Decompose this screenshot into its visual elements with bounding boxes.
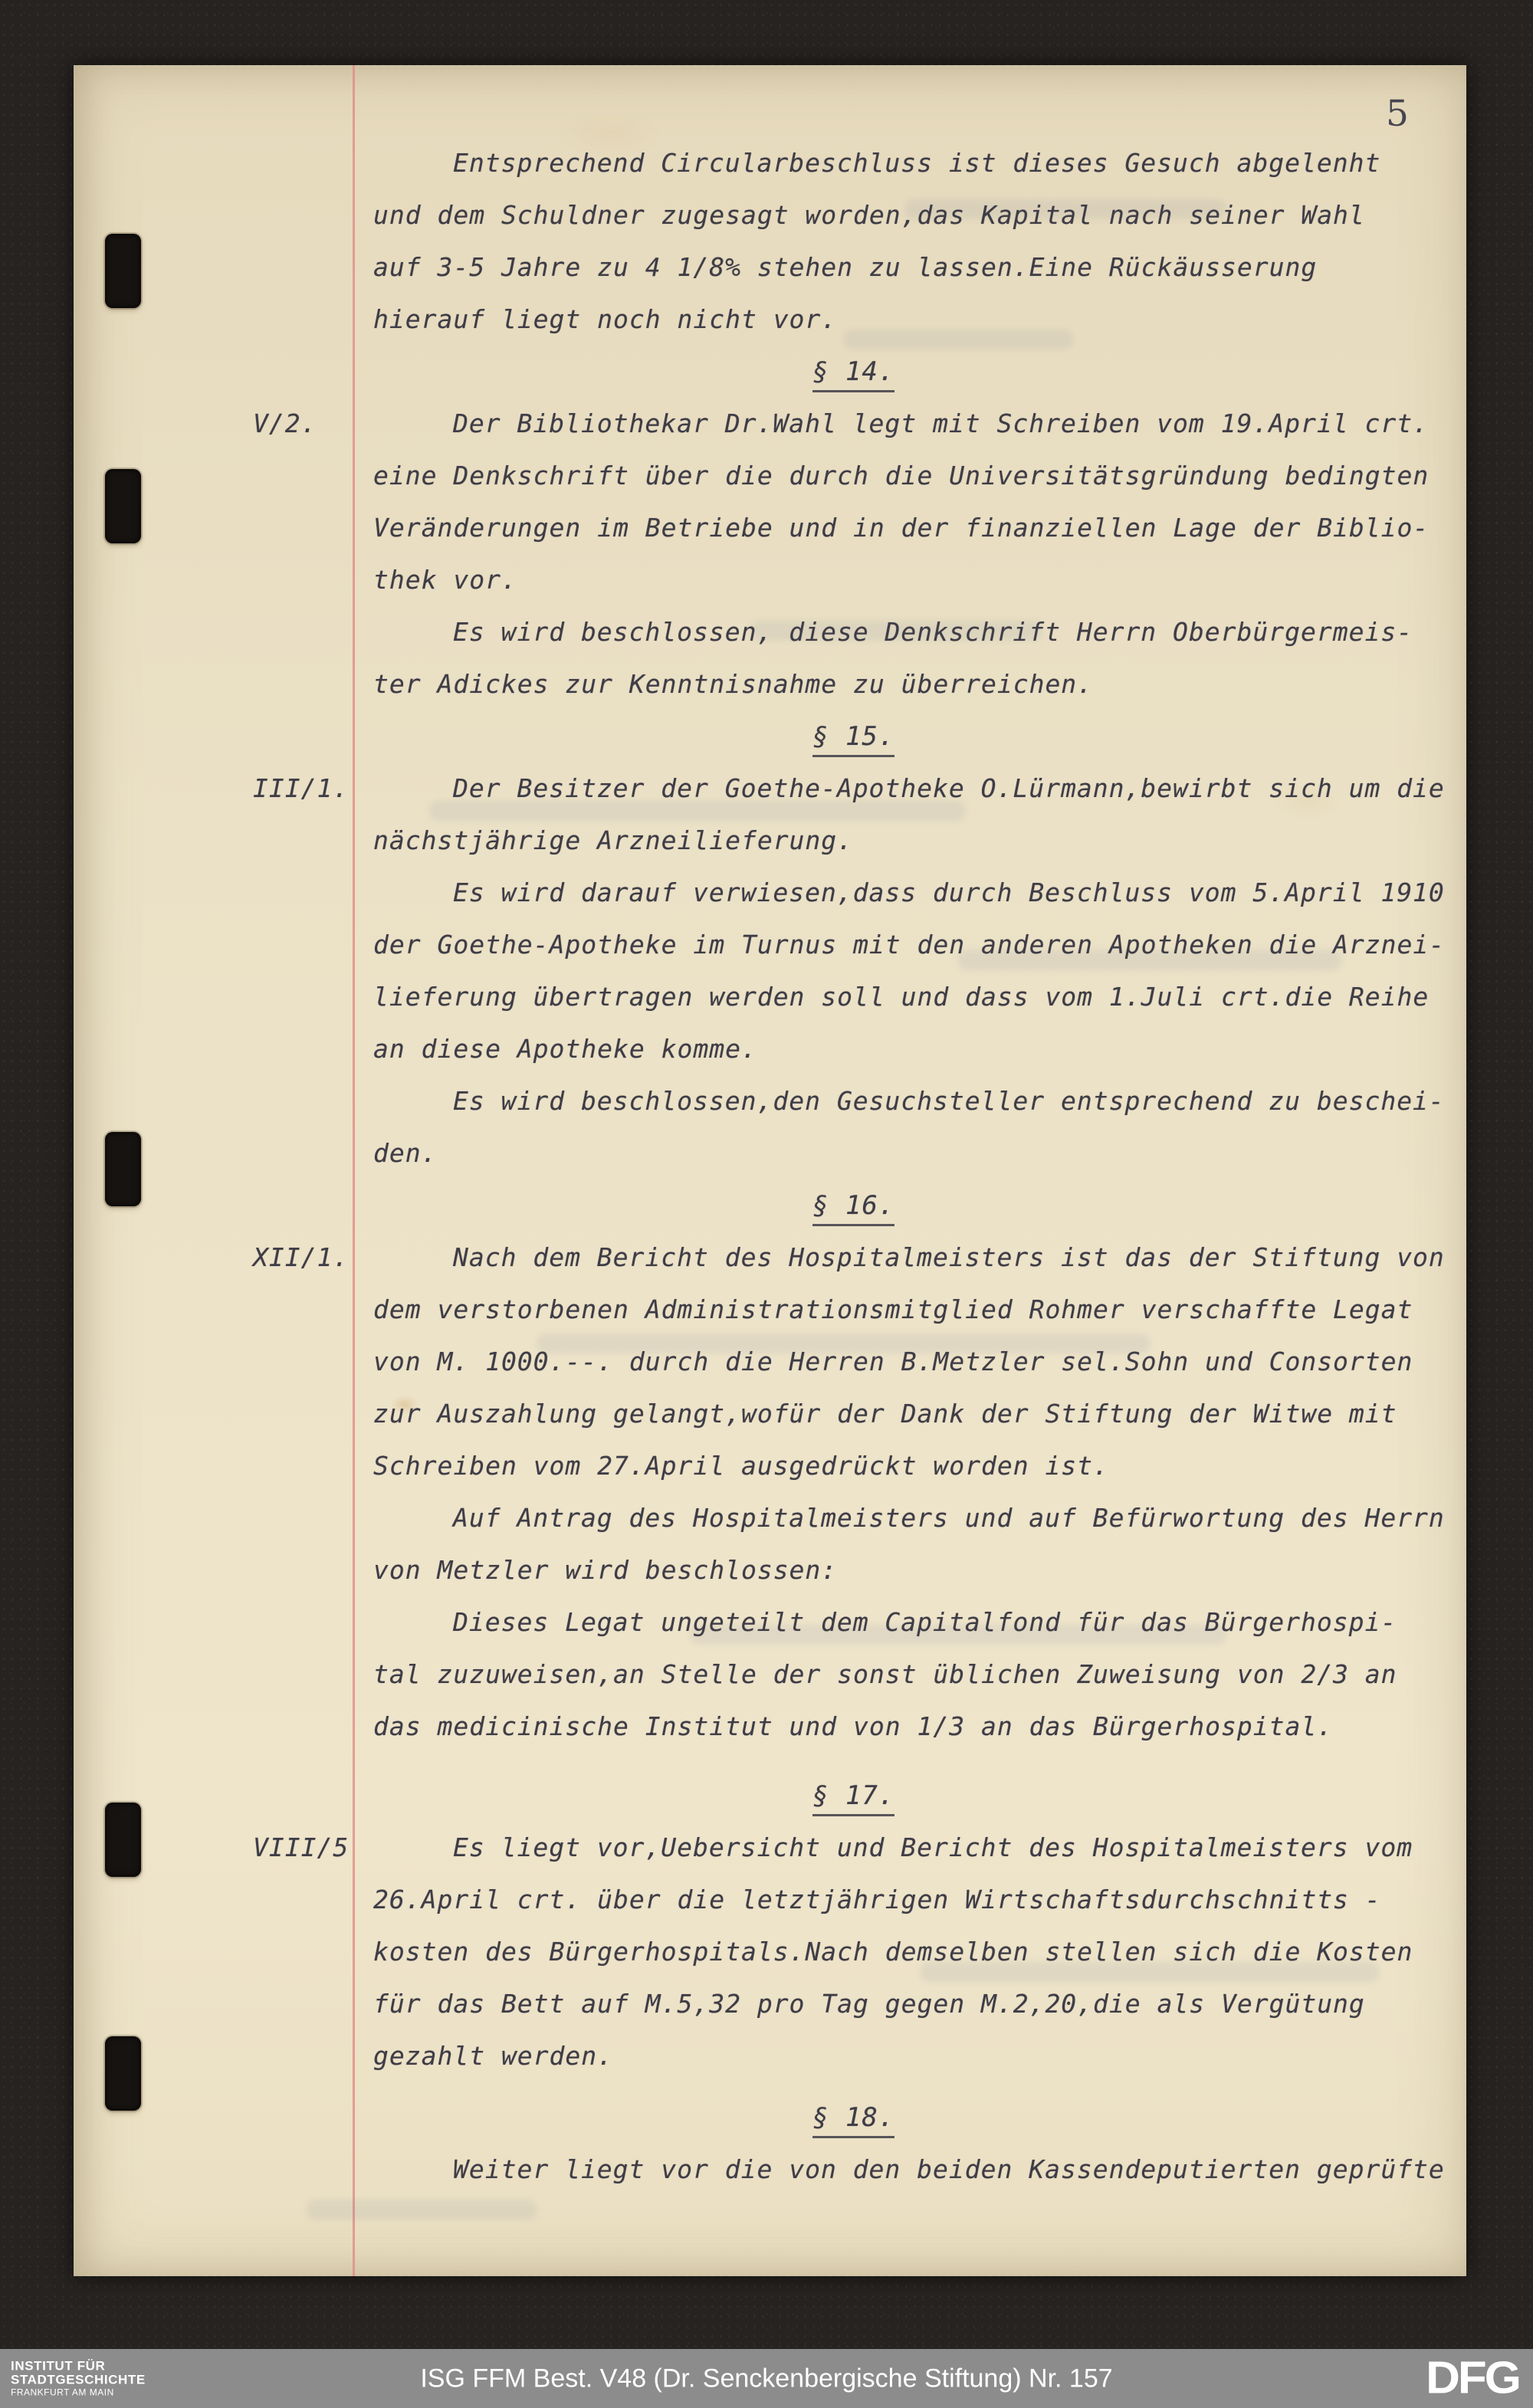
section-heading: § 14. [812,356,895,392]
institute-logo-line: STADTGESCHICHTE [11,2374,146,2387]
typed-line: gezahlt werden. [373,2041,613,2071]
dfg-logo: DFG [1426,2351,1519,2403]
margin-rule-line [353,65,355,2276]
margin-label: VIII/5 [253,1832,349,1862]
scan-background: 5 Entsprechend Circularbeschluss ist die… [0,0,1533,2408]
binder-hole [105,234,141,308]
typed-line: Schreiben vom 27.April ausgedrückt worde… [373,1451,1109,1481]
typed-line: der Goethe-Apotheke im Turnus mit den an… [373,930,1445,960]
typed-line: zur Auszahlung gelangt,wofür der Dank de… [373,1399,1397,1429]
section-heading: § 18. [812,2102,895,2138]
typed-line: nächstjährige Arzneilieferung. [373,825,853,855]
typed-line: hierauf liegt noch nicht vor. [373,304,837,334]
typed-line: Der Besitzer der Goethe-Apotheke O.Lürma… [453,773,1445,803]
bleedthrough-smudge [843,330,1073,349]
typed-line: thek vor. [373,565,517,595]
binder-hole [105,1132,141,1206]
typed-line: Entsprechend Circularbeschluss ist diese… [453,148,1380,178]
typed-line: kosten des Bürgerhospitals.Nach demselbe… [373,1937,1413,1967]
typed-line: Dieses Legat ungeteilt dem Capitalfond f… [453,1607,1397,1637]
binder-hole [105,1803,141,1877]
institute-logo-line: INSTITUT FÜR [11,2359,146,2373]
typed-line: Nach dem Bericht des Hospitalmeisters is… [453,1242,1445,1272]
typed-line: Es liegt vor,Uebersicht und Bericht des … [453,1832,1413,1862]
typed-line: und dem Schuldner zugesagt worden,das Ka… [373,200,1365,230]
archive-citation: ISG FFM Best. V48 (Dr. Senckenbergische … [420,2364,1112,2393]
margin-label: XII/1. [253,1242,349,1272]
typed-line: tal zuzuweisen,an Stelle der sonst üblic… [373,1659,1397,1689]
typed-line: Es wird darauf verwiesen,dass durch Besc… [453,878,1445,907]
binder-hole [105,469,141,543]
typed-line: den. [373,1138,437,1168]
typed-line: von Metzler wird beschlossen: [373,1555,837,1585]
institute-logo: INSTITUT FÜR STADTGESCHICHTE FRANKFURT A… [11,2359,146,2398]
typed-line: Es wird beschlossen, diese Denkschrift H… [453,617,1413,647]
typed-line: Der Bibliothekar Dr.Wahl legt mit Schrei… [453,408,1429,438]
typed-line: von M. 1000.--. durch die Herren B.Metzl… [373,1347,1413,1376]
section-heading: § 17. [812,1780,895,1816]
bleedthrough-smudge [307,2200,537,2219]
page-number: 5 [1386,93,1409,135]
typed-line: dem verstorbenen Administrationsmitglied… [373,1294,1413,1324]
section-heading: § 16. [812,1190,895,1226]
margin-label: III/1. [253,773,349,803]
binder-hole [105,2036,141,2111]
typed-line: für das Bett auf M.5,32 pro Tag gegen M.… [373,1989,1365,2019]
typed-line: Veränderungen im Betriebe und in der fin… [373,513,1429,543]
margin-label: V/2. [253,408,317,438]
archive-footer-bar: INSTITUT FÜR STADTGESCHICHTE FRANKFURT A… [0,2349,1533,2408]
typed-line: an diese Apotheke komme. [373,1034,757,1064]
typed-line: auf 3-5 Jahre zu 4 1/8% stehen zu lassen… [373,252,1317,282]
typed-line: Weiter liegt vor die von den beiden Kass… [453,2154,1445,2184]
bleedthrough-smudge [429,801,966,821]
typed-line: Auf Antrag des Hospitalmeisters und auf … [453,1503,1445,1533]
typed-line: lieferung übertragen werden soll und das… [373,982,1429,1012]
document-page: 5 Entsprechend Circularbeschluss ist die… [74,65,1466,2276]
section-heading: § 15. [812,721,895,757]
typed-line: das medicinische Institut und von 1/3 an… [373,1711,1333,1741]
typed-line: Es wird beschlossen,den Gesuchsteller en… [453,1086,1445,1116]
typed-line: ter Adickes zur Kenntnisnahme zu überrei… [373,669,1093,699]
typed-line: eine Denkschrift über die durch die Univ… [373,461,1429,490]
institute-logo-line: FRANKFURT AM MAIN [11,2388,146,2398]
typed-line: 26.April crt. über die letztjährigen Wir… [373,1885,1381,1914]
